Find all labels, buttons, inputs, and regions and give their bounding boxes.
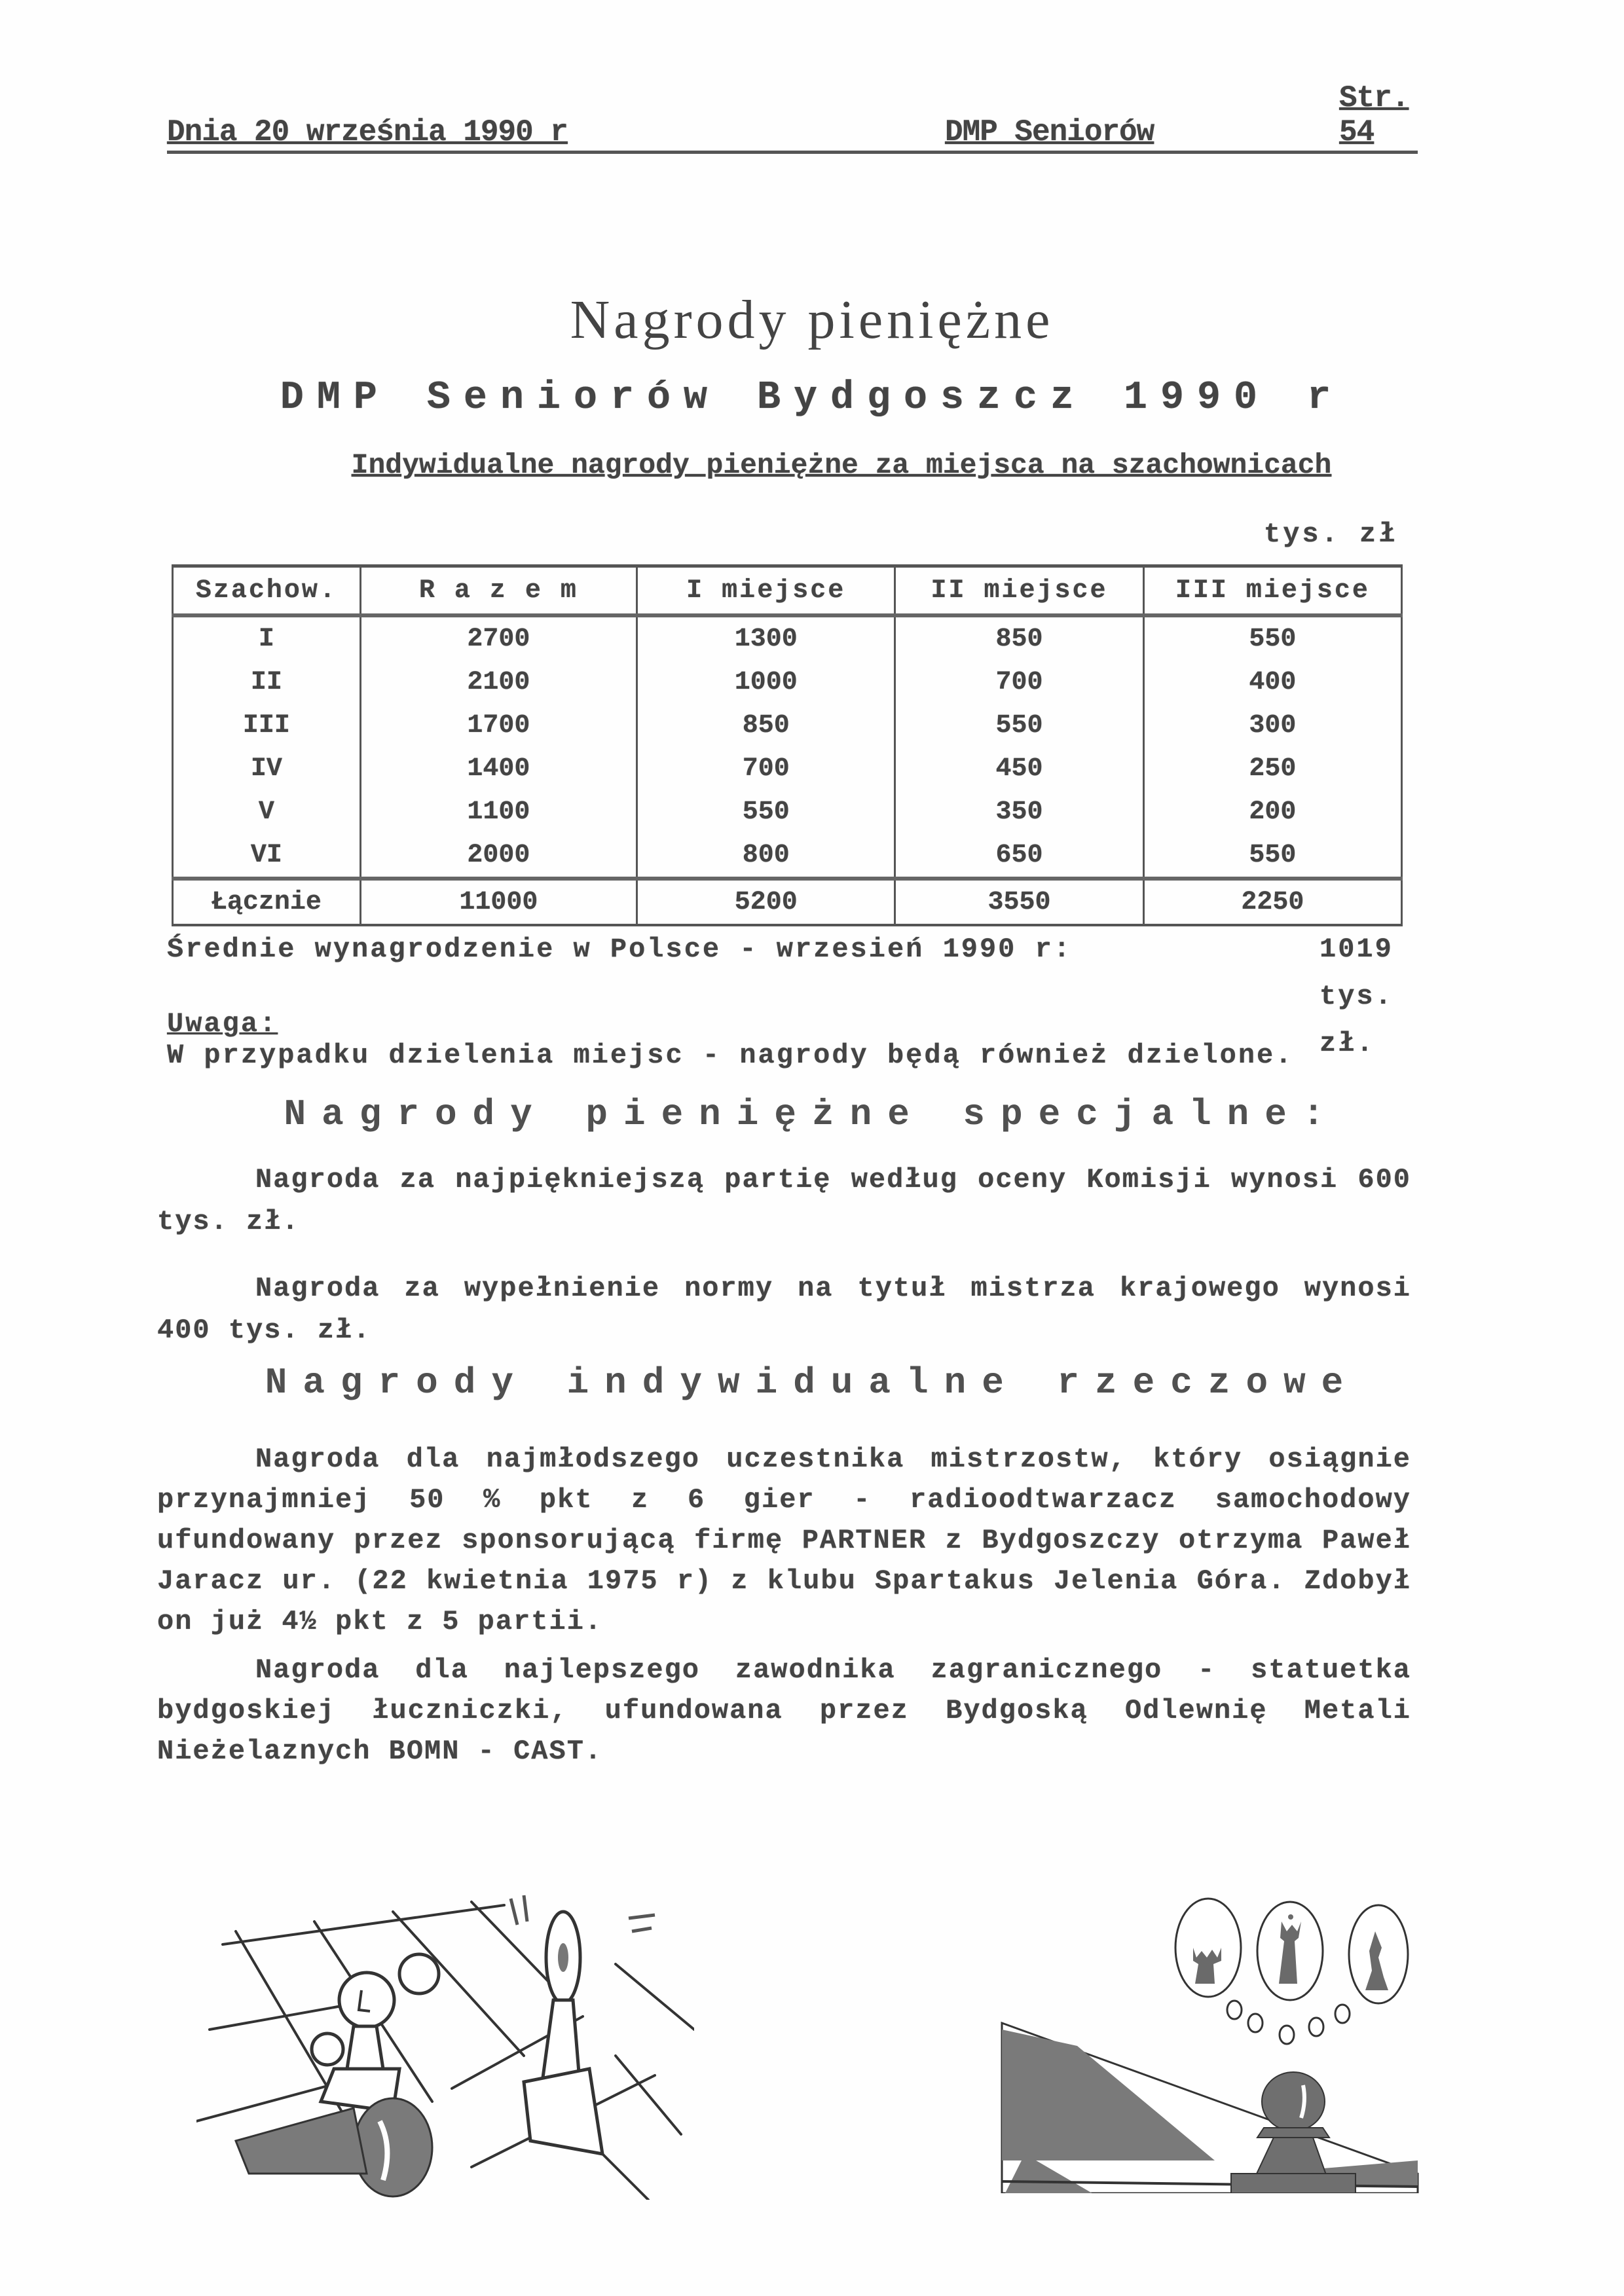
total-label: Łącznie	[173, 879, 361, 925]
header-page-number: Str. 54	[1339, 81, 1418, 149]
page-subtitle: DMP Seniorów Bydgoszcz 1990 r	[0, 376, 1624, 420]
prize-cell: 550	[895, 704, 1143, 747]
col-header: Szachow.	[173, 566, 361, 616]
total-cell: 3550	[895, 879, 1143, 925]
prize-cell: 850	[895, 615, 1143, 661]
board-label: VI	[173, 833, 361, 879]
prize-cell: 550	[637, 790, 895, 833]
special-prize-paragraph: Nagroda za wypełnienie normy na tytuł mi…	[157, 1267, 1411, 1351]
special-prize-paragraph: Nagroda za najpiękniejszą partię według …	[157, 1159, 1411, 1243]
special-prize-text: Nagroda za najpiękniejszą partię według …	[157, 1159, 1411, 1243]
page-title: Nagrody pieniężne	[0, 288, 1624, 352]
total-cell: 2250	[1143, 879, 1401, 925]
prize-cell: 1700	[360, 704, 637, 747]
prize-cell: 700	[895, 661, 1143, 704]
table-units: tys. zł	[1264, 519, 1397, 550]
table-row: I27001300850550	[173, 615, 1402, 661]
prize-cell: 2700	[360, 615, 637, 661]
chess-fight-illustration-icon	[196, 1859, 694, 2200]
prize-cell: 550	[1143, 615, 1401, 661]
table-row: VI2000800650550	[173, 833, 1402, 879]
note-text: W przypadku dzielenia miejsc - nagrody b…	[167, 1032, 1411, 1079]
prize-cell: 2100	[360, 661, 637, 704]
table-header-row: Szachow. R a z e m I miejsce II miejsce …	[173, 566, 1402, 616]
table-row: IV1400700450250	[173, 747, 1402, 790]
material-prize-paragraph: Nagroda dla najlepszego zawodnika zagran…	[157, 1650, 1411, 1772]
prize-cell: 350	[895, 790, 1143, 833]
board-label: III	[173, 704, 361, 747]
prize-cell: 1100	[360, 790, 637, 833]
special-prizes-heading: Nagrody pieniężne specjalne:	[0, 1093, 1624, 1135]
board-label: II	[173, 661, 361, 704]
average-salary-label: Średnie wynagrodzenie w Polsce - wrzesie…	[167, 934, 1072, 965]
prize-cell: 800	[637, 833, 895, 879]
prize-cell: 1300	[637, 615, 895, 661]
table-heading: Indywidualne nagrody pieniężne za miejsc…	[262, 449, 1421, 481]
col-header: I miejsce	[637, 566, 895, 616]
material-prize-text: Nagroda dla najlepszego zawodnika zagran…	[157, 1650, 1411, 1772]
prize-cell: 450	[895, 747, 1143, 790]
page-header: Dnia 20 września 1990 r DMP Seniorów Str…	[167, 117, 1418, 154]
prize-cell: 650	[895, 833, 1143, 879]
prize-cell: 1000	[637, 661, 895, 704]
average-salary: Średnie wynagrodzenie w Polsce - wrzesie…	[167, 926, 1411, 973]
header-event: DMP Seniorów	[945, 115, 1154, 149]
prize-cell: 200	[1143, 790, 1401, 833]
board-label: V	[173, 790, 361, 833]
col-header: R a z e m	[360, 566, 637, 616]
total-cell: 11000	[360, 879, 637, 925]
material-prize-paragraph: Nagroda dla najmłodszego uczestnika mist…	[157, 1439, 1411, 1642]
col-header: III miejsce	[1143, 566, 1401, 616]
table-row: II21001000700400	[173, 661, 1402, 704]
table-total-row: Łącznie 11000 5200 3550 2250	[173, 879, 1402, 925]
col-header: II miejsce	[895, 566, 1143, 616]
prize-cell: 300	[1143, 704, 1401, 747]
prize-cell: 250	[1143, 747, 1401, 790]
prize-table: Szachow. R a z e m I miejsce II miejsce …	[172, 564, 1403, 926]
pawn-dream-illustration-icon	[999, 1886, 1431, 2193]
total-cell: 5200	[637, 879, 895, 925]
prize-cell: 700	[637, 747, 895, 790]
board-label: I	[173, 615, 361, 661]
document-page: Dnia 20 września 1990 r DMP Seniorów Str…	[0, 0, 1624, 2296]
header-date: Dnia 20 września 1990 r	[167, 115, 568, 149]
table-row: V1100550350200	[173, 790, 1402, 833]
material-prize-text: Nagroda dla najmłodszego uczestnika mist…	[157, 1439, 1411, 1642]
prize-cell: 550	[1143, 833, 1401, 879]
special-prize-text: Nagroda za wypełnienie normy na tytuł mi…	[157, 1267, 1411, 1351]
table-row: III1700850550300	[173, 704, 1402, 747]
prize-cell: 2000	[360, 833, 637, 879]
prize-cell: 850	[637, 704, 895, 747]
board-label: IV	[173, 747, 361, 790]
prize-cell: 400	[1143, 661, 1401, 704]
prize-cell: 1400	[360, 747, 637, 790]
material-prizes-heading: Nagrody indywidualne rzeczowe	[0, 1362, 1624, 1404]
